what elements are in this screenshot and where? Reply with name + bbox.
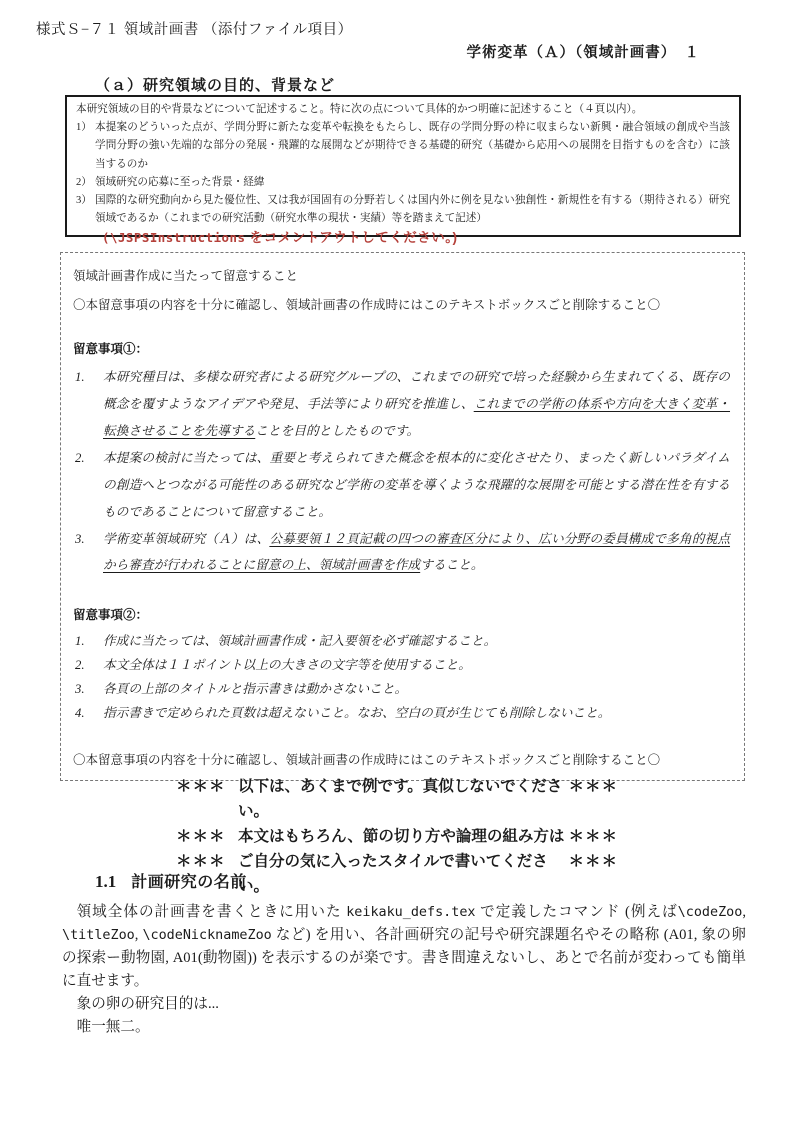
notice-item: 2. 本提案の検討に当たっては、重要と考えられてきた概念を根本的に変化させたり、… [73, 445, 730, 526]
instruction-box: 本研究領域の目的や背景などについて記述すること。特に次の点について具体的かつ明確… [65, 95, 741, 237]
stars-right: ＊＊＊ [568, 774, 618, 824]
form-id-header: 様式Ｓ−７１ 領域計画書 （添付ファイル項目） [36, 18, 353, 39]
example-note-text: ご自分の気に入ったスタイルで書いてください。 [226, 849, 568, 899]
notice-item-text: 作成に当たっては、領域計画書作成・記入要領を必ず確認すること。 [103, 630, 730, 654]
instruction-item: 1） 本提案のどういった点が、学問分野に新たな変革や転換をもたらし、既存の学問分… [76, 119, 730, 174]
notice-item-text: 本文全体は１１ポイント以上の大きさの文字等を使用すること。 [103, 654, 730, 678]
notice-item-number: 3. [73, 678, 103, 702]
stars-left: ＊＊＊ [176, 824, 226, 849]
stars-right: ＊＊＊ [568, 824, 618, 849]
stars-right: ＊＊＊ [568, 849, 618, 899]
example-note-text: 以下は、あくまで例です。真似しないでください。 [226, 774, 568, 824]
section-number: 1.1 [95, 872, 116, 892]
notice-item-number: 2. [73, 654, 103, 678]
jsps-comment-note: (\JSPSInstructions をコメントアウトしてください。) [102, 226, 458, 246]
notice-item: 1. 作成に当たっては、領域計画書作成・記入要領を必ず確認すること。 [73, 630, 730, 654]
instruction-item-text: 本提案のどういった点が、学問分野に新たな変革や転換をもたらし、既存の学問分野の枠… [95, 119, 730, 174]
notice-item-number: 2. [73, 445, 103, 526]
instruction-item-text: 国際的な研究動向から見た優位性、又は我が国固有の分野若しくは国内外に例を見ない独… [95, 192, 730, 228]
instruction-item-text: 領域研究の応募に至った背景・経緯 [95, 174, 730, 192]
body-text: 領域全体の計画書を書くときに用いた keikaku_defs.tex で定義した… [62, 901, 746, 1039]
instruction-item: 2） 領域研究の応募に至った背景・経緯 [76, 174, 730, 192]
notice-item: 1. 本研究種目は、多様な研究者による研究グループの、これまでの研究で培った経験… [73, 364, 730, 445]
example-note-line: ＊＊＊ 本文はもちろん、節の切り方や論理の組み方は ＊＊＊ [176, 824, 618, 849]
notice-item-text: 本研究種目は、多様な研究者による研究グループの、これまでの研究で培った経験から生… [103, 364, 730, 445]
notice-section1-label: 留意事項①： [73, 339, 730, 357]
instruction-intro: 本研究領域の目的や背景などについて記述すること。特に次の点について具体的かつ明確… [76, 101, 730, 119]
section-1-1-heading: 1.1 計画研究の名前 [95, 869, 247, 892]
section-title: 計画研究の名前 [131, 869, 247, 892]
notice-item-text: 指示書きで定められた頁数は超えないこと。なお、空白の頁が生じても削除しないこと。 [103, 702, 730, 726]
notice-section1-list: 1. 本研究種目は、多様な研究者による研究グループの、これまでの研究で培った経験… [73, 364, 730, 579]
notice-item-number: 1. [73, 364, 103, 445]
section-a-heading: （ａ）研究領域の目的、背景など [95, 74, 335, 95]
example-note-line: ＊＊＊ 以下は、あくまで例です。真似しないでください。 ＊＊＊ [176, 774, 618, 824]
notice-item: 2. 本文全体は１１ポイント以上の大きさの文字等を使用すること。 [73, 654, 730, 678]
stars-left: ＊＊＊ [176, 774, 226, 824]
notice-box: 領域計画書作成に当たって留意すること 〇本留意事項の内容を十分に確認し、領域計画… [60, 252, 745, 781]
notice-item-text: 学術変革領域研究（Ａ）は、公募要領１２頁記載の四つの審査区分により、広い分野の委… [103, 526, 730, 580]
example-note-text: 本文はもちろん、節の切り方や論理の組み方は [226, 824, 568, 849]
notice-title: 領域計画書作成に当たって留意すること [73, 266, 730, 284]
instruction-item-number: 1） [76, 119, 95, 174]
notice-item: 4. 指示書きで定められた頁数は超えないこと。なお、空白の頁が生じても削除しない… [73, 702, 730, 726]
notice-section2-list: 1. 作成に当たっては、領域計画書作成・記入要領を必ず確認すること。 2. 本文… [73, 630, 730, 726]
notice-item-text: 各頁の上部のタイトルと指示書きは動かさないこと。 [103, 678, 730, 702]
body-paragraph: 領域全体の計画書を書くときに用いた keikaku_defs.tex で定義した… [62, 901, 746, 993]
instruction-item-number: 3） [76, 192, 95, 228]
notice-item-number: 3. [73, 526, 103, 580]
notice-confirm-bottom: 〇本留意事項の内容を十分に確認し、領域計画書の作成時にはこのテキストボックスごと… [73, 750, 730, 768]
page-title-header: 学術変革（Ａ）（領域計画書） １ [467, 41, 701, 62]
body-paragraph: 唯一無二。 [62, 1016, 746, 1039]
instruction-item-number: 2） [76, 174, 95, 192]
document-page: 様式Ｓ−７１ 領域計画書 （添付ファイル項目） 学術変革（Ａ）（領域計画書） １… [0, 0, 794, 1123]
notice-confirm-top: 〇本留意事項の内容を十分に確認し、領域計画書の作成時にはこのテキストボックスごと… [73, 295, 730, 313]
instruction-item: 3） 国際的な研究動向から見た優位性、又は我が国固有の分野若しくは国内外に例を見… [76, 192, 730, 228]
notice-item-number: 1. [73, 630, 103, 654]
notice-section2-label: 留意事項②： [73, 605, 730, 623]
notice-item-text: 本提案の検討に当たっては、重要と考えられてきた概念を根本的に変化させたり、まった… [103, 445, 730, 526]
body-paragraph: 象の卵の研究目的は... [62, 993, 746, 1016]
notice-item: 3. 学術変革領域研究（Ａ）は、公募要領１２頁記載の四つの審査区分により、広い分… [73, 526, 730, 580]
notice-item-number: 4. [73, 702, 103, 726]
notice-item: 3. 各頁の上部のタイトルと指示書きは動かさないこと。 [73, 678, 730, 702]
